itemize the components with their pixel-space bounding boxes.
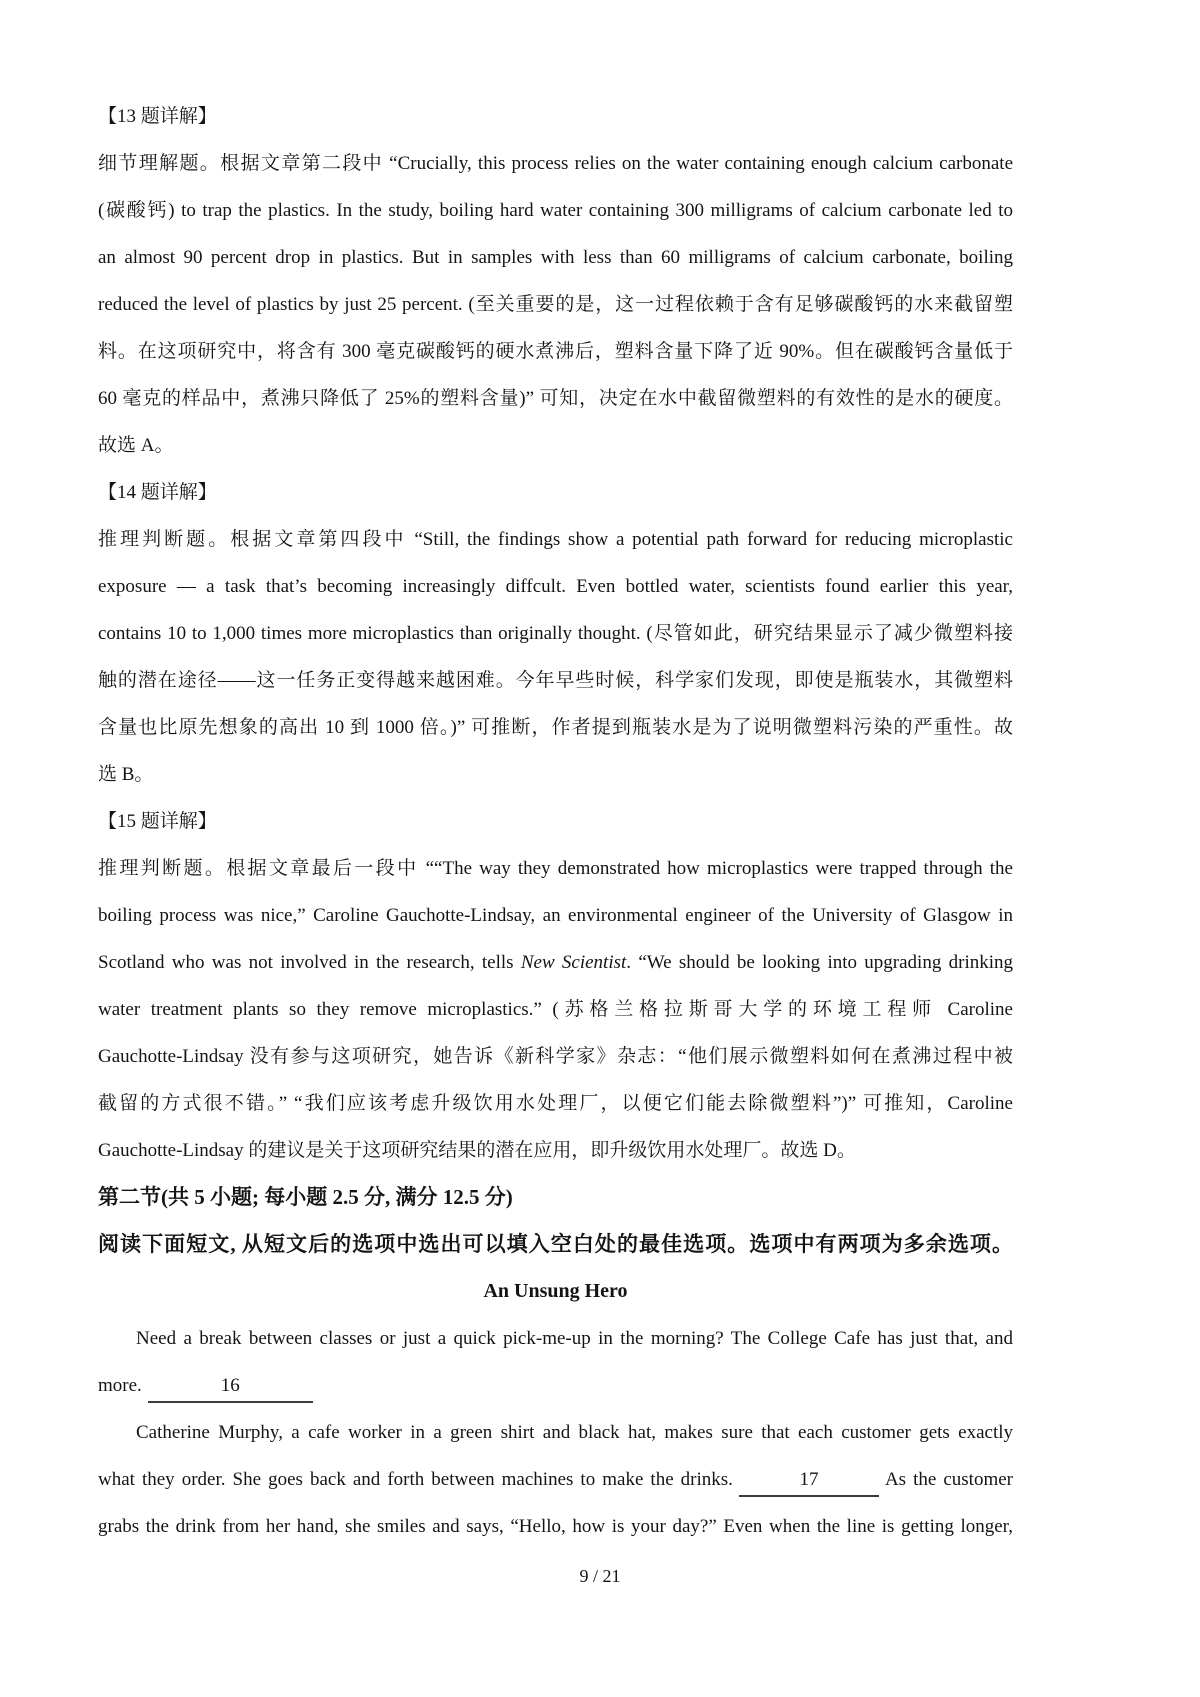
text-line: 推理判断题。根据文章第四段中 “Still, the findings show…: [98, 516, 1013, 563]
explanation-heading-14: 【14 题详解】: [98, 469, 1013, 516]
text-line: Need a break between classes or just a q…: [98, 1315, 1013, 1362]
text-line: 截留的方式很不错。” “我们应该考虑升级饮用水处理厂，以便它们能去除微塑料”)”…: [98, 1080, 1013, 1127]
text-line: water treatment plants so they remove mi…: [98, 986, 1013, 1033]
passage-title: An Unsung Hero: [98, 1268, 1013, 1315]
text-line: what they order. She goes back and forth…: [98, 1456, 1013, 1503]
text-line: reduced the level of plastics by just 25…: [98, 281, 1013, 328]
text-segment: As the customer: [885, 1469, 1013, 1490]
text-line: 60 毫克的样品中，煮沸只降低了 25%的塑料含量)” 可知，决定在水中截留微塑…: [98, 375, 1013, 422]
text-column: 【13 题详解】 细节理解题。根据文章第二段中 “Crucially, this…: [98, 93, 1013, 1550]
answer-line-15: Gauchotte-Lindsay 的建议是关于这项研究结果的潜在应用，即升级饮…: [98, 1127, 1013, 1174]
text-line: 推理判断题。根据文章最后一段中 ““The way they demonstra…: [98, 845, 1013, 892]
text-line: more.16: [98, 1362, 1013, 1409]
text-line: (碳酸钙) to trap the plastics. In the study…: [98, 187, 1013, 234]
text-line: boiling process was nice,” Caroline Gauc…: [98, 892, 1013, 939]
answer-line-13: 故选 A。: [98, 422, 1013, 469]
text-line: 触的潜在途径——这一任务正变得越来越困难。今年早些时候，科学家们发现，即使是瓶装…: [98, 657, 1013, 704]
answer-line-14: 选 B。: [98, 751, 1013, 798]
text-line: Catherine Murphy, a cafe worker in a gre…: [98, 1409, 1013, 1456]
text-segment: . “We should be looking into upgrading d…: [626, 952, 1013, 973]
text-line: 细节理解题。根据文章第二段中 “Crucially, this process …: [98, 140, 1013, 187]
text-line: Gauchotte-Lindsay 没有参与这项研究，她告诉《新科学家》杂志：“…: [98, 1033, 1013, 1080]
text-line: exposure — a task that’s becoming increa…: [98, 563, 1013, 610]
text-line: grabs the drink from her hand, she smile…: [98, 1503, 1013, 1550]
text-line: an almost 90 percent drop in plastics. B…: [98, 234, 1013, 281]
cloze-blank-16: 16: [148, 1371, 313, 1403]
explanation-heading-15: 【15 题详解】: [98, 798, 1013, 845]
section-instruction: 阅读下面短文, 从短文后的选项中选出可以填入空白处的最佳选项。选项中有两项为多余…: [98, 1221, 1013, 1268]
text-segment: what they order. She goes back and forth…: [98, 1469, 733, 1490]
text-line: contains 10 to 1,000 times more micropla…: [98, 610, 1013, 657]
text-line: Scotland who was not involved in the res…: [98, 939, 1013, 986]
document-page: 【13 题详解】 细节理解题。根据文章第二段中 “Crucially, this…: [0, 0, 1200, 1697]
section-heading: 第二节(共 5 小题; 每小题 2.5 分, 满分 12.5 分): [98, 1174, 1013, 1221]
page-number: 9 / 21: [0, 1566, 1200, 1587]
cloze-blank-17: 17: [739, 1465, 879, 1497]
italic-magazine-name: New Scientist: [521, 952, 626, 973]
text-segment: more.: [98, 1375, 142, 1396]
text-segment: Scotland who was not involved in the res…: [98, 952, 521, 973]
text-line: 料。在这项研究中，将含有 300 毫克碳酸钙的硬水煮沸后，塑料含量下降了近 90…: [98, 328, 1013, 375]
explanation-heading-13: 【13 题详解】: [98, 93, 1013, 140]
text-line: 含量也比原先想象的高出 10 到 1000 倍。)” 可推断，作者提到瓶装水是为…: [98, 704, 1013, 751]
